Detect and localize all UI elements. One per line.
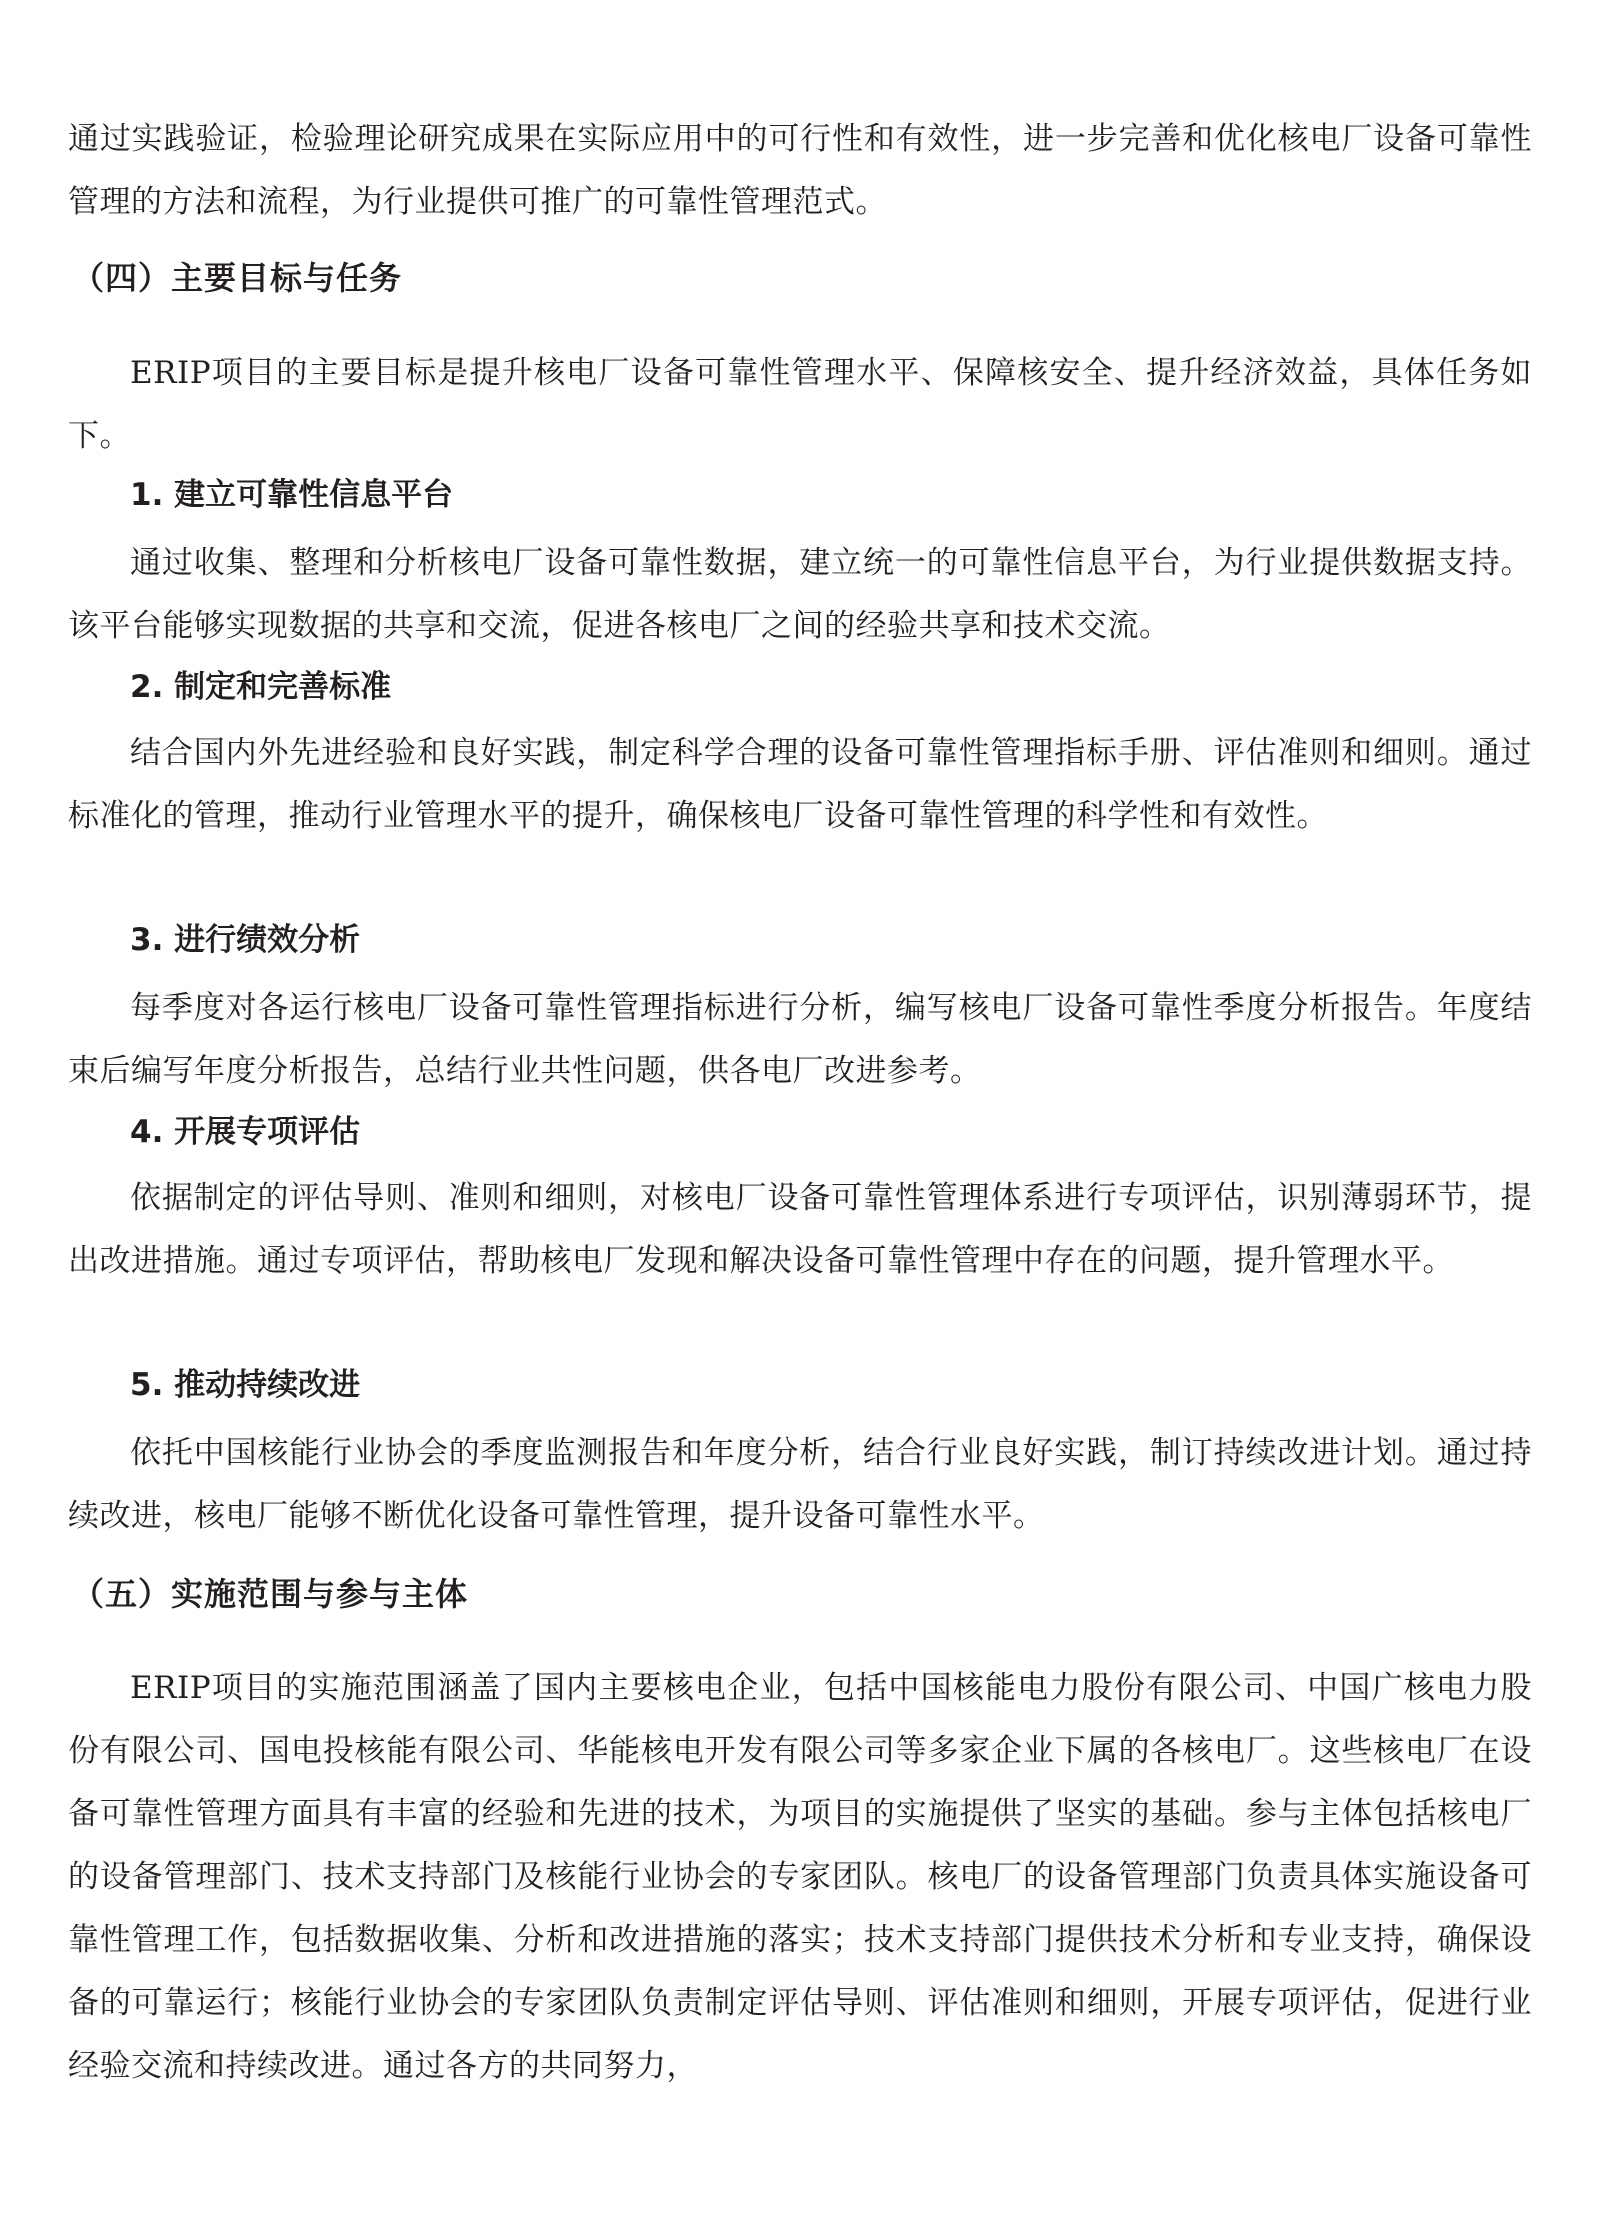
task-5-body: 依托中国核能行业协会的季度监测报告和年度分析，结合行业良好实践，制订持续改进计划… (68, 1422, 1532, 1548)
task-4-heading: 4. 开展专项评估 (130, 1110, 360, 1154)
task-3-body: 每季度对各运行核电厂设备可靠性管理指标进行分析，编写核电厂设备可靠性季度分析报告… (68, 977, 1532, 1103)
task-1-heading: 1. 建立可靠性信息平台 (130, 473, 453, 517)
task-4-body: 依据制定的评估导则、准则和细则，对核电厂设备可靠性管理体系进行专项评估，识别薄弱… (68, 1167, 1532, 1293)
intro-paragraph: 通过实践验证，检验理论研究成果在实际应用中的可行性和有效性，进一步完善和优化核电… (68, 108, 1532, 234)
goals-intro-paragraph: ERIP项目的主要目标是提升核电厂设备可靠性管理水平、保障核安全、提升经济效益，… (68, 342, 1532, 468)
task-2-body: 结合国内外先进经验和良好实践，制定科学合理的设备可靠性管理指标手册、评估准则和细… (68, 722, 1532, 848)
task-2-heading: 2. 制定和完善标准 (130, 665, 391, 709)
task-5-heading: 5. 推动持续改进 (130, 1363, 360, 1407)
section-heading-goals-tasks: （四）主要目标与任务 (72, 256, 402, 300)
task-1-body: 通过收集、整理和分析核电厂设备可靠性数据，建立统一的可靠性信息平台，为行业提供数… (68, 532, 1532, 658)
task-3-heading: 3. 进行绩效分析 (130, 918, 360, 962)
section-heading-scope-participants: （五）实施范围与参与主体 (72, 1572, 468, 1616)
scope-paragraph: ERIP项目的实施范围涵盖了国内主要核电企业，包括中国核能电力股份有限公司、中国… (68, 1657, 1532, 2098)
